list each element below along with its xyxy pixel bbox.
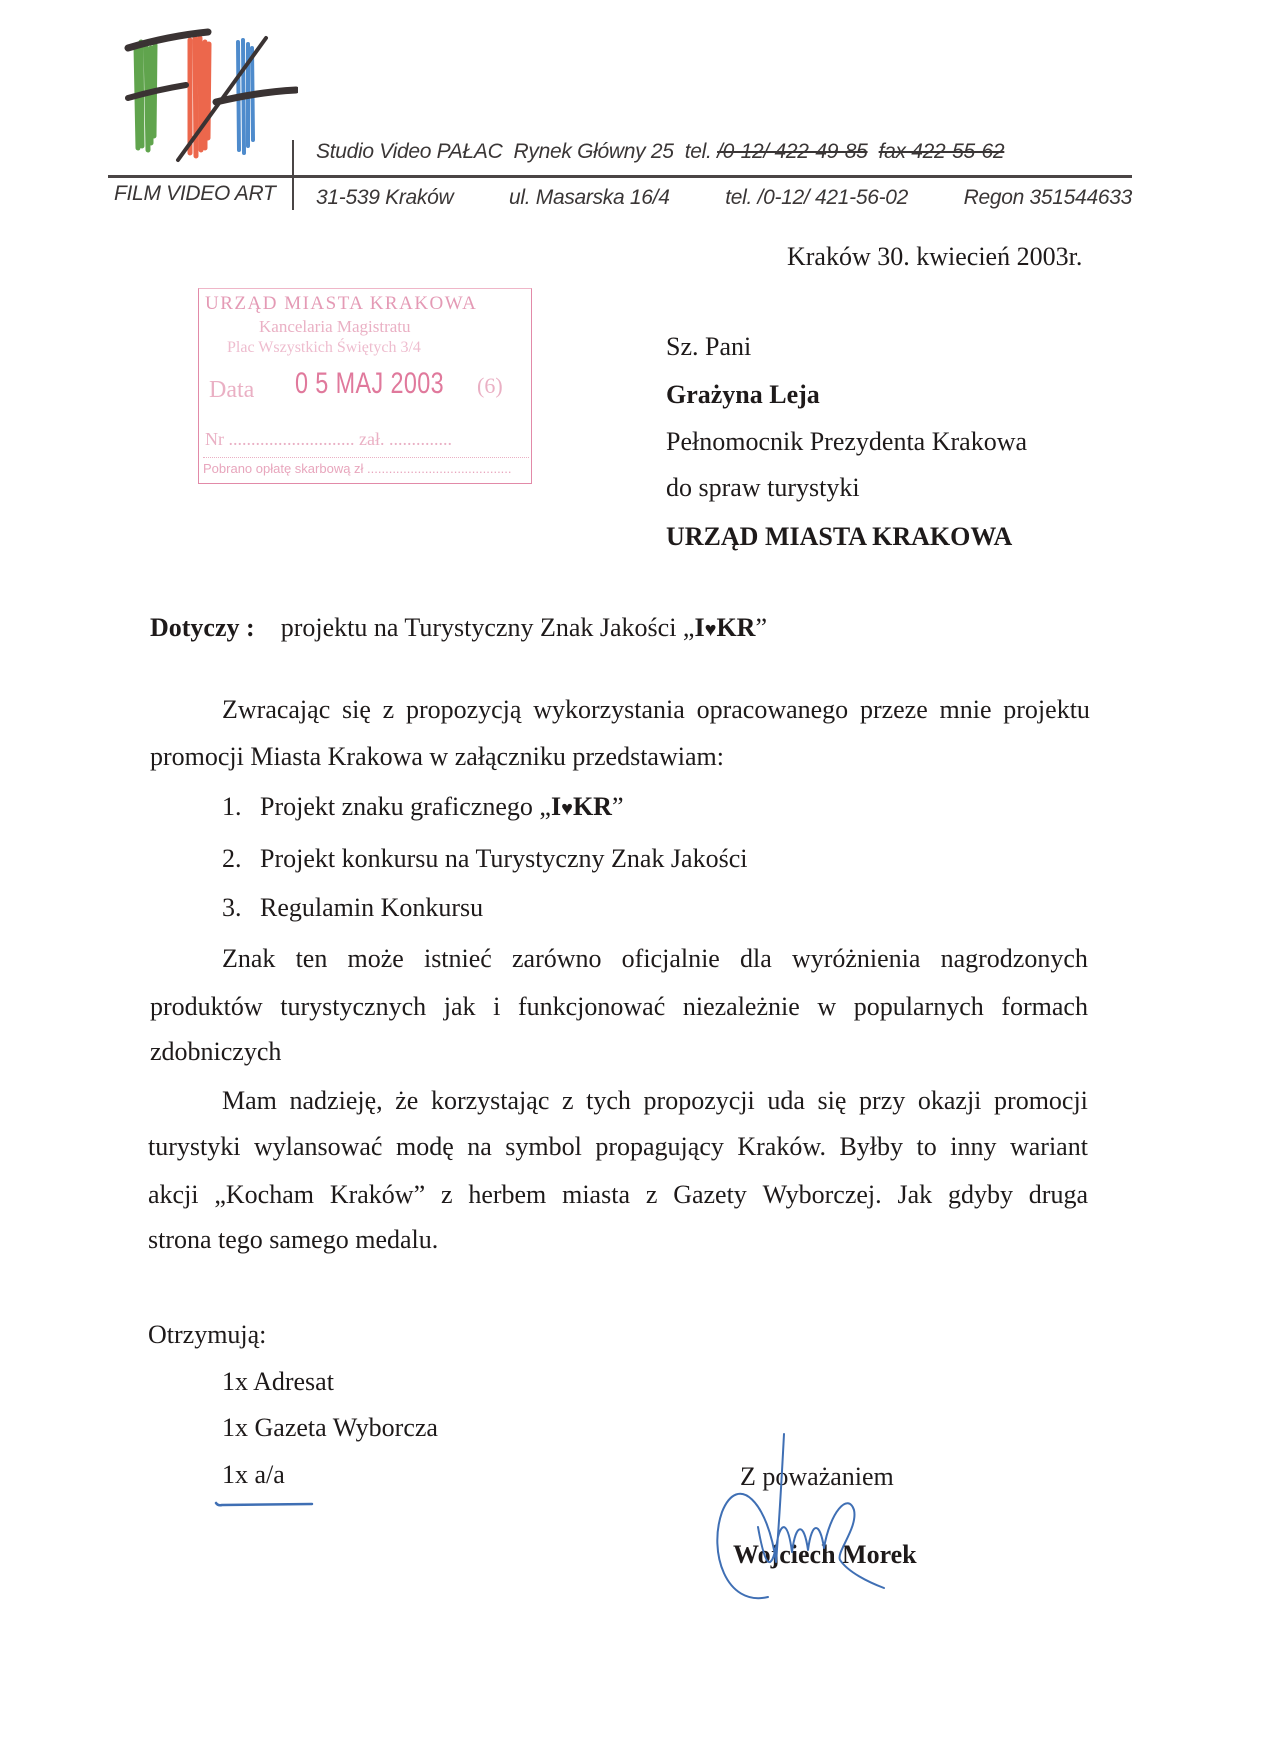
paragraph-2-line-1: Znaktenmożeistniećzarównooficjalniedlawy… [222, 946, 1088, 972]
word: i [493, 994, 500, 1020]
stamp-nr-line: Nr ............................ zał. ...… [205, 429, 452, 450]
registry-stamp: URZĄD MIASTA KRAKOWA Kancelaria Magistra… [198, 288, 532, 484]
list-text: Projekt konkursu na Turystyczny Znak Jak… [260, 844, 747, 873]
word: nagrodzonych [941, 946, 1088, 972]
list-number: 2. [222, 846, 260, 872]
paragraph-2-line-3: zdobniczych [150, 1039, 281, 1065]
word: Gazety [673, 1182, 747, 1208]
word: funkcjonować [518, 994, 665, 1020]
addressee-department: do spraw turystyki [666, 475, 860, 501]
word: gdyby [948, 1182, 1013, 1208]
regon-number: Regon 351544633 [964, 186, 1132, 210]
word: turystycznych [280, 994, 426, 1020]
word: modę [396, 1134, 454, 1160]
word: turystyki [148, 1134, 240, 1160]
word: wylansować [254, 1134, 383, 1160]
word: ten [296, 946, 328, 972]
letterhead-address-line-1: Studio Video PAŁAC Rynek Główny 25 tel. … [316, 140, 1004, 164]
stamp-office: Kancelaria Magistratu [259, 317, 411, 337]
word: popularnych [854, 994, 984, 1020]
mark-i: I [694, 613, 704, 642]
stamp-received-date: 0 5 MAJ 2003 [295, 367, 444, 401]
paragraph-1-line-2: promocji Miasta Krakowa w załączniku prz… [150, 744, 724, 770]
letterhead-address-line-2: 31-539 Kraków ul. Masarska 16/4 tel. /0-… [316, 186, 1132, 210]
word: Kraków. [737, 1134, 826, 1160]
word: propozycją [406, 697, 522, 723]
word: wykorzystania [533, 697, 685, 723]
word: uda [767, 1088, 805, 1114]
list-item: 3.Regulamin Konkursu [222, 895, 483, 921]
subject-label: Dotyczy : [150, 613, 255, 642]
word: Zwracając [222, 697, 330, 723]
word: wariant [1010, 1134, 1088, 1160]
word: propozycji [644, 1088, 755, 1114]
word: Znak [222, 946, 275, 972]
word: propagujący [595, 1134, 724, 1160]
word: w [817, 994, 836, 1020]
handwritten-signature [708, 1432, 948, 1617]
word: formach [1001, 994, 1088, 1020]
word: nadzieję, [290, 1088, 383, 1114]
word: Kraków” [330, 1182, 425, 1208]
subject-line: Dotyczy : projektu na Turystyczny Znak J… [150, 615, 767, 641]
old-tel-number: /0-12/ 422-49-85 [717, 140, 867, 163]
stamp-date-label: Data [209, 377, 254, 404]
film-video-art-logo [108, 18, 298, 168]
close-quote: ” [755, 613, 767, 642]
studio-name: Studio Video PAŁAC [316, 140, 502, 163]
list-text: Projekt znaku graficznego „ [260, 792, 551, 821]
subject-text: projektu na Turystyczny Znak Jakości „ [281, 613, 695, 642]
word: z [441, 1182, 453, 1208]
word: jak [444, 994, 476, 1020]
word: się [818, 1088, 847, 1114]
list-number: 1. [222, 794, 260, 820]
office-street: ul. Masarska 16/4 [509, 186, 670, 210]
word: okazji [918, 1088, 982, 1114]
paragraph-2-line-2: produktówturystycznychjakifunkcjonowaćni… [150, 994, 1088, 1020]
word: niezależnie [683, 994, 800, 1020]
heart-icon: ♥ [705, 619, 717, 641]
word: może [348, 946, 404, 972]
signer-name: Wojciech Morek [733, 1542, 917, 1568]
word: Byłby [839, 1134, 903, 1160]
addressee-institution: URZĄD MIASTA KRAKOWA [666, 524, 1012, 550]
addressee-salutation: Sz. Pani [666, 334, 751, 360]
word: inny [950, 1134, 996, 1160]
word: przy [859, 1088, 905, 1114]
word: symbol [505, 1134, 582, 1160]
word: że [395, 1088, 418, 1114]
list-item: 2.Projekt konkursu na Turystyczny Znak J… [222, 846, 747, 872]
word: dla [740, 946, 772, 972]
i-love-kr-mark: I♥KR [551, 792, 612, 821]
mark-kr: KR [716, 613, 755, 642]
paragraph-3-line-1: Mamnadzieję,żekorzystającztychpropozycji… [222, 1088, 1088, 1114]
stamp-fee-line: Pobrano opłatę skarbową zł .............… [203, 457, 529, 476]
word: to [917, 1134, 937, 1160]
word: z [562, 1088, 574, 1114]
word: „Kocham [214, 1182, 314, 1208]
word: korzystając [431, 1088, 549, 1114]
word: tych [586, 1088, 631, 1114]
stamp-address: Plac Wszystkich Świętych 3/4 [227, 339, 421, 357]
recipient-item: 1x Adresat [222, 1369, 334, 1395]
word: projektu [1003, 697, 1090, 723]
closing-greeting: Z poważaniem [740, 1464, 894, 1490]
paragraph-3-line-4: strona tego samego medalu. [148, 1227, 438, 1253]
letter-date: Kraków 30. kwiecień 2003r. [787, 244, 1082, 270]
old-fax-number: fax 422-55-62 [879, 140, 1005, 163]
word: się [342, 697, 371, 723]
word: miasta [562, 1182, 630, 1208]
paragraph-1-line-1: Zwracającsięzpropozycjąwykorzystaniaopra… [222, 697, 1090, 723]
stamp-number: (6) [477, 373, 503, 399]
word: z [646, 1182, 658, 1208]
paragraph-3-line-3: akcji„KochamKraków”zherbemmiastazGazetyW… [148, 1182, 1088, 1208]
recipients-label: Otrzymują: [148, 1322, 266, 1348]
addressee-name: Grażyna Leja [666, 382, 820, 408]
word: promocji [994, 1088, 1088, 1114]
postal-city: 31-539 Kraków [316, 186, 453, 210]
handwritten-underline [214, 1500, 314, 1508]
heart-icon: ♥ [561, 798, 573, 820]
word: opracowanego [697, 697, 849, 723]
letterhead-rule [108, 175, 1132, 178]
word: produktów [150, 994, 263, 1020]
recipient-item: 1x Gazeta Wyborcza [222, 1415, 438, 1441]
word: przeze [860, 697, 928, 723]
office-tel: tel. /0-12/ 421-56-02 [725, 186, 908, 210]
company-name: FILM VIDEO ART [114, 182, 276, 206]
recipient-item: 1x a/a [222, 1462, 285, 1488]
word: akcji [148, 1182, 199, 1208]
tel-label: tel. [685, 140, 712, 163]
word: na [467, 1134, 492, 1160]
word: Jak [897, 1182, 932, 1208]
stamp-title: URZĄD MIASTA KRAKOWA [205, 293, 477, 315]
addressee-title: Pełnomocnik Prezydenta Krakowa [666, 429, 1027, 455]
word: Mam [222, 1088, 277, 1114]
word: wyróżnienia [792, 946, 921, 972]
word: oficjalnie [622, 946, 720, 972]
word: zarówno [512, 946, 602, 972]
word: herbem [468, 1182, 546, 1208]
list-text: Regulamin Konkursu [260, 893, 483, 922]
word: mnie [940, 697, 992, 723]
word: druga [1029, 1182, 1088, 1208]
letterhead-divider [292, 140, 294, 210]
word: z [383, 697, 395, 723]
list-number: 3. [222, 895, 260, 921]
word: istnieć [424, 946, 492, 972]
studio-street: Rynek Główny 25 [514, 140, 674, 163]
list-item: 1.Projekt znaku graficznego „I♥KR” [222, 794, 623, 820]
word: Wyborczej. [763, 1182, 882, 1208]
paragraph-3-line-2: turystykiwylansowaćmodęnasymbolpropagują… [148, 1134, 1088, 1160]
